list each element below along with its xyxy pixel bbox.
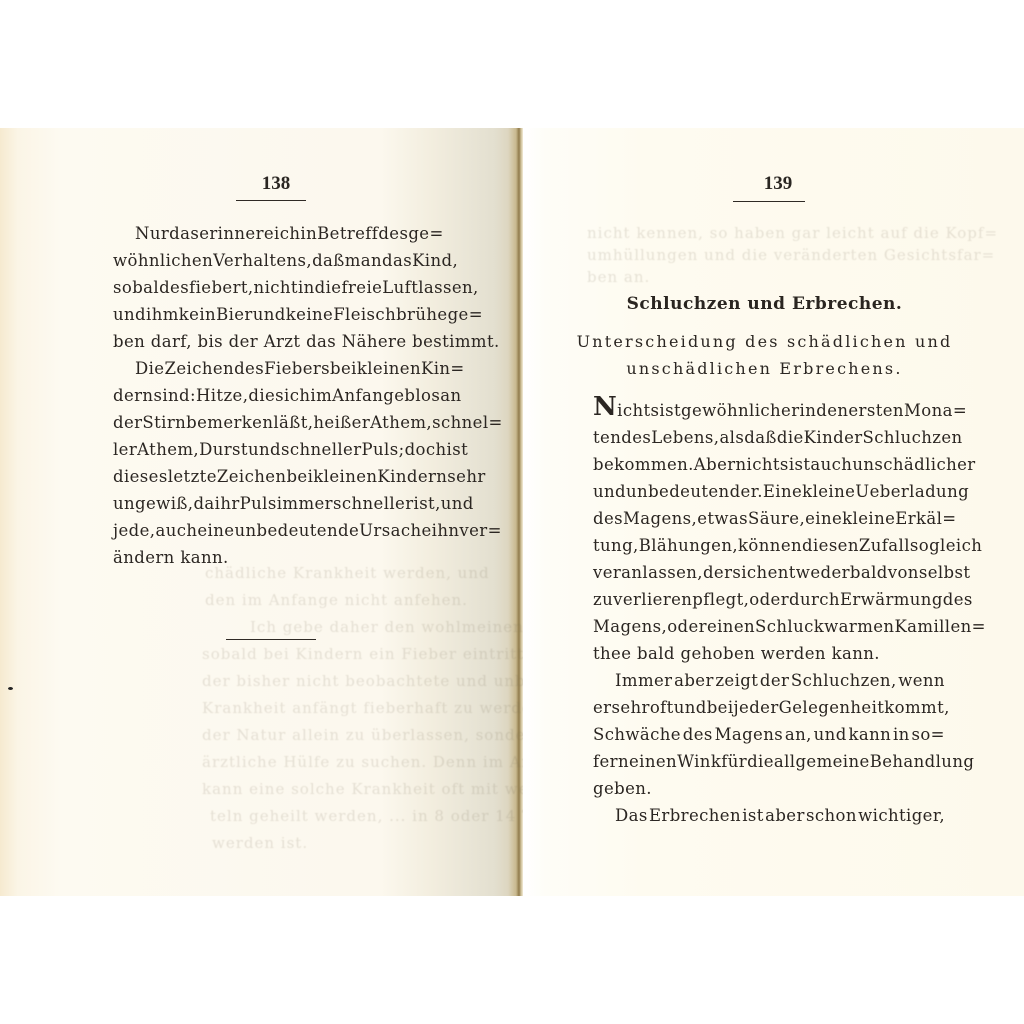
word: ichts bbox=[617, 397, 659, 424]
word: da bbox=[193, 490, 214, 517]
word: sich bbox=[732, 559, 767, 586]
word: allgemeine bbox=[774, 748, 870, 775]
bleed-through-line: werden ist. bbox=[212, 834, 308, 852]
left-page: chädliche Krankheit werden, und den im A… bbox=[0, 128, 523, 896]
word: Anfange bbox=[332, 382, 404, 409]
text-line: NichtsistgewöhnlicherindenerstenMona= bbox=[593, 397, 945, 424]
word: Athem, bbox=[137, 436, 199, 463]
word: und bbox=[674, 694, 707, 721]
text-line: DieZeichendesFiebersbeikleinenKin= bbox=[113, 355, 443, 382]
word: Ursache bbox=[359, 517, 432, 544]
word: in bbox=[298, 274, 315, 301]
word: Zufall bbox=[859, 532, 910, 559]
word: doch bbox=[405, 436, 447, 463]
word: sehr bbox=[447, 463, 485, 490]
text-line: ferneinenWinkfürdieallgemeineBehandlung bbox=[593, 748, 945, 775]
word: Erwärmung bbox=[840, 586, 943, 613]
word: ihm bbox=[146, 301, 179, 328]
body-text: NichtsistgewöhnlicherindenerstenMona= te… bbox=[593, 397, 945, 829]
body-text: NurdaserinnereichinBetreffdesge= wöhnlic… bbox=[113, 220, 443, 571]
text-line: ungewiß,daihrPulsimmerschnellerist,und bbox=[113, 490, 443, 517]
word: verlieren bbox=[613, 586, 692, 613]
word: Betreff bbox=[317, 220, 378, 247]
word: Das bbox=[615, 802, 648, 829]
word: des bbox=[378, 220, 408, 247]
word: keine bbox=[286, 301, 333, 328]
word: schneller bbox=[333, 490, 414, 517]
word: unschädlicher bbox=[852, 451, 975, 478]
word: Behandlung bbox=[870, 748, 975, 775]
word: in bbox=[893, 721, 910, 748]
word: bemerken bbox=[186, 409, 273, 436]
bleed-through-line: nicht kennen, so haben gar leicht auf di… bbox=[587, 224, 998, 242]
word: aber bbox=[765, 802, 805, 829]
word: veranlassen, bbox=[593, 559, 703, 586]
word: die bbox=[777, 424, 804, 451]
bleed-through-line: kann eine solche Krankheit oft mit wenig… bbox=[202, 780, 523, 798]
paragraph: NichtsistgewöhnlicherindenerstenMona= te… bbox=[593, 397, 945, 667]
word: gewöhnlicher bbox=[681, 397, 800, 424]
paragraph: NurdaserinnereichinBetreffdesge= wöhnlic… bbox=[113, 220, 443, 355]
bleed-through-line: teln geheilt werden, ... in 8 oder 14 Ta… bbox=[210, 807, 523, 825]
drop-cap: N bbox=[593, 397, 617, 424]
word: ich bbox=[274, 220, 300, 247]
word: als bbox=[719, 424, 744, 451]
word: ist bbox=[789, 451, 811, 478]
word: Kinder bbox=[804, 424, 863, 451]
word: sich bbox=[275, 382, 310, 409]
bleed-through-line: ärztliche Hülfe zu suchen. Denn im Anfan… bbox=[202, 753, 523, 771]
word: Die bbox=[135, 355, 164, 382]
word: kleinen bbox=[313, 463, 377, 490]
word: letzte bbox=[168, 463, 217, 490]
text-line: Magens,odereinenSchluckwarmenKamillen= bbox=[593, 613, 945, 640]
word: Mona= bbox=[904, 397, 967, 424]
word: des bbox=[621, 424, 651, 451]
word: warmen bbox=[824, 613, 894, 640]
word: Lebens, bbox=[651, 424, 719, 451]
word: zeigt bbox=[715, 667, 758, 694]
word: schnel= bbox=[432, 409, 503, 436]
word: das bbox=[382, 247, 412, 274]
text-line: tung,Blähungen,könnendiesenZufallsogleic… bbox=[593, 532, 945, 559]
book-spread: chädliche Krankheit werden, und den im A… bbox=[0, 128, 1024, 896]
word: an bbox=[440, 382, 461, 409]
word: dern bbox=[113, 382, 153, 409]
word: bei bbox=[286, 463, 313, 490]
word: nicht bbox=[254, 274, 298, 301]
text-line: ben darf, bis der Arzt das Nähere bestim… bbox=[113, 328, 443, 355]
word: Verhaltens, bbox=[213, 247, 312, 274]
word: Eine bbox=[763, 478, 802, 505]
word: ersten bbox=[848, 397, 904, 424]
word: für bbox=[721, 748, 747, 775]
word: und bbox=[253, 301, 286, 328]
word: Schwäche bbox=[593, 721, 681, 748]
word: es bbox=[170, 274, 189, 301]
word: ge= bbox=[408, 220, 443, 247]
word: eine bbox=[197, 517, 234, 544]
text-line: ändern kann. bbox=[113, 544, 443, 571]
page-number-rule bbox=[236, 200, 306, 201]
bleed-through-line: umhüllungen und die veränderten Gesichts… bbox=[587, 246, 995, 264]
paragraph: DieZeichendesFiebersbeikleinenKin= derns… bbox=[113, 355, 443, 571]
word: auch bbox=[155, 517, 197, 544]
word: selbst bbox=[919, 559, 971, 586]
word: kleinen bbox=[357, 355, 421, 382]
word: kommt, bbox=[884, 694, 950, 721]
word: fern bbox=[593, 748, 629, 775]
word: Erkäl= bbox=[895, 505, 956, 532]
word: ihn bbox=[432, 517, 460, 544]
text-line-content: ichtsistgewöhnlicherindenerstenMona= bbox=[617, 397, 967, 424]
word: der bbox=[703, 559, 732, 586]
word: ist bbox=[659, 397, 681, 424]
page-number-rule bbox=[733, 201, 805, 202]
word: bei bbox=[330, 355, 357, 382]
word: bei bbox=[707, 694, 734, 721]
word: ler bbox=[113, 436, 137, 463]
word: ver= bbox=[459, 517, 501, 544]
word: Aber bbox=[694, 451, 736, 478]
word: nichts bbox=[736, 451, 789, 478]
word: wöhnlichen bbox=[113, 247, 213, 274]
word: läßt, bbox=[273, 409, 313, 436]
word: Magens, bbox=[623, 505, 697, 532]
text-line: SchwächedesMagensan,undkanninso= bbox=[593, 721, 945, 748]
word: heißer bbox=[313, 409, 370, 436]
word: ten bbox=[593, 424, 621, 451]
text-line: zuverlierenpflegt,oderdurchErwärmungdes bbox=[593, 586, 945, 613]
word: Immer bbox=[615, 667, 672, 694]
word: die bbox=[315, 274, 342, 301]
text-line: thee bald gehoben werden kann. bbox=[593, 640, 945, 667]
word: eine bbox=[805, 505, 842, 532]
word: können bbox=[738, 532, 802, 559]
word: Magens, bbox=[593, 613, 667, 640]
word: entweder bbox=[768, 559, 850, 586]
word: daß bbox=[744, 424, 777, 451]
word: Kindern bbox=[377, 463, 447, 490]
word: schon bbox=[806, 802, 857, 829]
word: wenn bbox=[898, 667, 945, 694]
word: fiebert, bbox=[189, 274, 253, 301]
word: immer bbox=[277, 490, 333, 517]
page-number: 139 bbox=[738, 173, 818, 195]
word: sind: bbox=[153, 382, 196, 409]
word: oder bbox=[667, 613, 707, 640]
section-heading: Schluchzen und Erbrechen. bbox=[525, 294, 1014, 314]
word: das bbox=[169, 220, 199, 247]
word: kleine bbox=[842, 505, 895, 532]
word: Magens bbox=[715, 721, 784, 748]
word: den bbox=[816, 397, 848, 424]
word: wichtiger, bbox=[858, 802, 945, 829]
text-line: wöhnlichenVerhaltens,daßmandasKind, bbox=[113, 247, 443, 274]
word: aber bbox=[674, 667, 714, 694]
bleed-through-line: der bisher nicht beobachtete und unbedeu… bbox=[202, 672, 523, 690]
word: Luft bbox=[382, 274, 418, 301]
word: sobald bbox=[113, 274, 170, 301]
word: sehr bbox=[611, 694, 649, 721]
word: Kind, bbox=[412, 247, 458, 274]
word: erinnere bbox=[199, 220, 274, 247]
paragraph: DasErbrechenistaberschonwichtiger, bbox=[593, 802, 945, 829]
word: Kin= bbox=[421, 355, 465, 382]
bleed-through-line: den im Anfange nicht anfehen. bbox=[205, 591, 468, 609]
word: Bier bbox=[216, 301, 253, 328]
word: unbedeutende bbox=[234, 517, 359, 544]
text-line: ImmeraberzeigtderSchluchzen,wenn bbox=[593, 667, 945, 694]
word: Gelegenheit bbox=[779, 694, 885, 721]
word: Fleischbrühe bbox=[333, 301, 447, 328]
word: Athem, bbox=[370, 409, 432, 436]
word: der bbox=[760, 667, 789, 694]
word: Nur bbox=[135, 220, 169, 247]
text-line: undihmkeinBierundkeineFleischbrühege= bbox=[113, 301, 443, 328]
word: durch bbox=[789, 586, 840, 613]
text-line: jede,aucheineunbedeutendeUrsacheihnver= bbox=[113, 517, 443, 544]
word: kann bbox=[848, 721, 891, 748]
word: jeder bbox=[734, 694, 779, 721]
word: so= bbox=[911, 721, 944, 748]
word: Schluck bbox=[755, 613, 824, 640]
bleed-through-line: Ich gebe daher den wohlmeinenden Rath, bbox=[250, 618, 523, 636]
word: blos bbox=[404, 382, 440, 409]
word: Schluchzen bbox=[863, 424, 963, 451]
word: man bbox=[345, 247, 382, 274]
word: Durst bbox=[199, 436, 248, 463]
word: des bbox=[234, 355, 264, 382]
word: ihr bbox=[215, 490, 240, 517]
bleed-through-line: ben an. bbox=[587, 268, 650, 286]
word: auch bbox=[810, 451, 852, 478]
word: ungewiß, bbox=[113, 490, 193, 517]
word: schneller bbox=[281, 436, 362, 463]
word: tung, bbox=[593, 532, 639, 559]
word: Ueberladung bbox=[855, 478, 969, 505]
text-line: veranlassen,dersichentwederbaldvonselbst bbox=[593, 559, 945, 586]
word: oder bbox=[749, 586, 789, 613]
word: Puls bbox=[240, 490, 277, 517]
word: kein bbox=[179, 301, 216, 328]
word: Stirn bbox=[142, 409, 186, 436]
ink-speck bbox=[8, 687, 13, 690]
word: ist bbox=[742, 802, 764, 829]
text-line: bekommen.Abernichtsistauchunschädlicher bbox=[593, 451, 945, 478]
word: des bbox=[683, 721, 713, 748]
word: und bbox=[814, 721, 847, 748]
word: kleine bbox=[802, 478, 855, 505]
word: zu bbox=[593, 586, 613, 613]
section-subheading: unschädlichen Erbrechens. bbox=[525, 355, 1014, 382]
word: unbedeutender. bbox=[626, 478, 763, 505]
word: der bbox=[113, 409, 142, 436]
word: Kamillen= bbox=[894, 613, 985, 640]
text-line: desMagens,etwasSäure,einekleineErkäl= bbox=[593, 505, 945, 532]
word: die bbox=[248, 382, 275, 409]
bleed-through-line: sobald bei Kindern ein Fieber eintritt, … bbox=[202, 645, 523, 663]
word: Fiebers bbox=[264, 355, 330, 382]
word: Schluchzen, bbox=[791, 667, 897, 694]
word: in bbox=[300, 220, 317, 247]
word: Hitze, bbox=[196, 382, 248, 409]
word: des bbox=[943, 586, 973, 613]
text-line: lerAthem,DurstundschnellerPuls;dochist bbox=[113, 436, 443, 463]
text-line: derStirnbemerkenläßt,heißerAthem,schnel= bbox=[113, 409, 443, 436]
word: Säure, bbox=[748, 505, 805, 532]
word: einen bbox=[707, 613, 755, 640]
word: ist, bbox=[414, 490, 441, 517]
text-line: geben. bbox=[593, 775, 945, 802]
word: und bbox=[113, 301, 146, 328]
word: pflegt, bbox=[692, 586, 749, 613]
word: von bbox=[888, 559, 919, 586]
text-line: NurdaserinnereichinBetreffdesge= bbox=[113, 220, 443, 247]
text-line: sobaldesfiebert,nichtindiefreieLuftlasse… bbox=[113, 274, 443, 301]
word: Puls; bbox=[362, 436, 405, 463]
word: Wink bbox=[677, 748, 721, 775]
word: die bbox=[747, 748, 774, 775]
text-line: dernsind:Hitze,diesichimAnfangeblosan bbox=[113, 382, 443, 409]
word: etwas bbox=[697, 505, 748, 532]
text-line: undunbedeutender.EinekleineUeberladung bbox=[593, 478, 945, 505]
word: in bbox=[800, 397, 817, 424]
word: und bbox=[593, 478, 626, 505]
word: oft bbox=[650, 694, 674, 721]
word: jede, bbox=[113, 517, 155, 544]
word: daß bbox=[312, 247, 345, 274]
word: Blähungen, bbox=[639, 532, 738, 559]
text-line: DasErbrechenistaberschonwichtiger, bbox=[593, 802, 945, 829]
section-subheading: Unterscheidung des schädlichen und bbox=[525, 328, 1014, 355]
word: freie bbox=[341, 274, 382, 301]
word: einen bbox=[629, 748, 677, 775]
word: sogleich bbox=[910, 532, 982, 559]
bleed-through-line: der Natur allein zu überlassen, sondern … bbox=[202, 726, 523, 744]
paragraph: ImmeraberzeigtderSchluchzen,wenn ersehro… bbox=[593, 667, 945, 802]
word: Zeichen bbox=[164, 355, 234, 382]
word: des bbox=[593, 505, 623, 532]
bleed-through-line: Krankheit anfängt fieberhaft zu werden, … bbox=[202, 699, 523, 717]
text-line: diesesletzteZeichenbeikleinenKindernsehr bbox=[113, 463, 443, 490]
section-divider bbox=[226, 639, 316, 640]
text-line: tendesLebens,alsdaßdieKinderSchluchzen bbox=[593, 424, 945, 451]
word: an, bbox=[785, 721, 812, 748]
word: und bbox=[248, 436, 281, 463]
page-number: 138 bbox=[236, 173, 316, 195]
word: lassen, bbox=[418, 274, 479, 301]
word: Zeichen bbox=[217, 463, 287, 490]
word: und bbox=[441, 490, 474, 517]
right-page: nicht kennen, so haben gar leicht auf di… bbox=[525, 128, 1024, 896]
word: im bbox=[310, 382, 332, 409]
word: Erbrechen bbox=[649, 802, 741, 829]
word: diesen bbox=[802, 532, 859, 559]
word: er bbox=[593, 694, 611, 721]
word: bekommen. bbox=[593, 451, 694, 478]
word: ge= bbox=[448, 301, 483, 328]
word: ist bbox=[447, 436, 469, 463]
text-line: ersehroftundbeijederGelegenheitkommt, bbox=[593, 694, 945, 721]
word: dieses bbox=[113, 463, 168, 490]
word: bald bbox=[850, 559, 888, 586]
